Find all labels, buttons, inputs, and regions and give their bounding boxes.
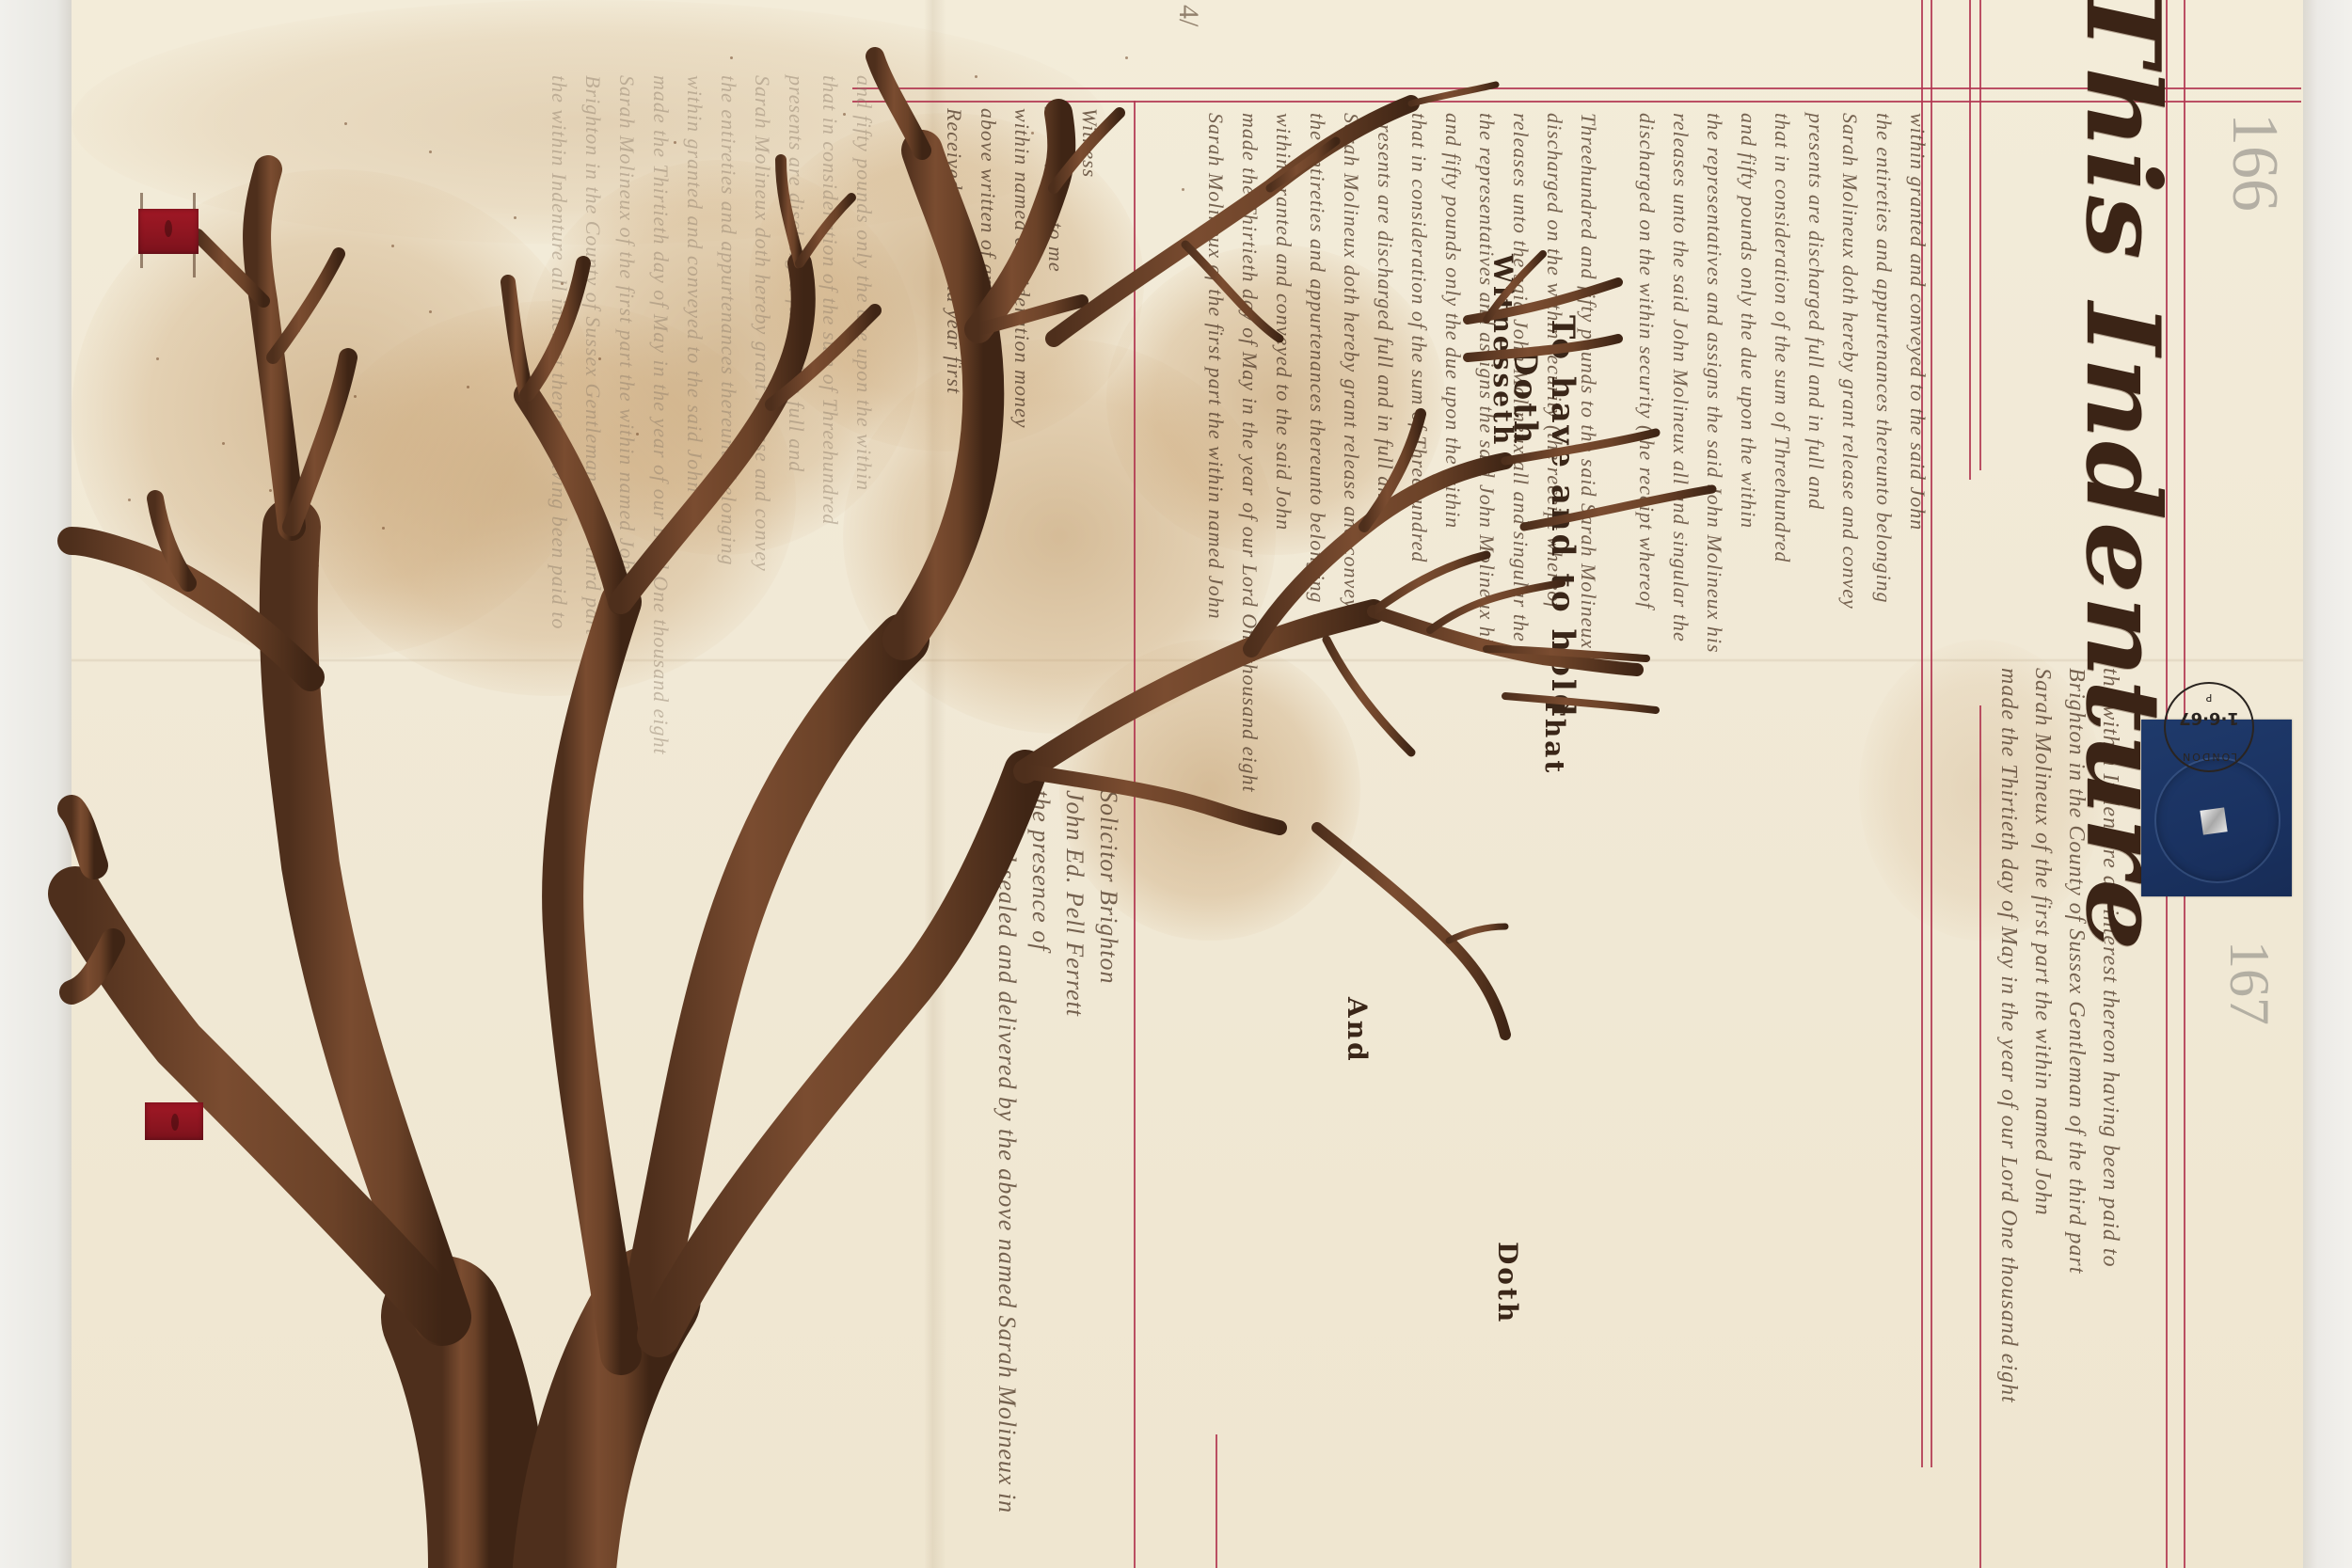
left-wall-margin <box>0 0 72 1568</box>
title-rule-line <box>1979 0 1981 470</box>
postmark-city: LONDON <box>2166 751 2252 763</box>
document-body-text-lower: Threehundred and fifty pounds to the sai… <box>1163 113 1605 1561</box>
gothic-word-that: That <box>1539 696 1570 775</box>
postmark-letter: P <box>2166 691 2252 704</box>
postmark-date: 1·6·67 <box>2166 708 2252 728</box>
indenture-paper: within granted and conveyed to the said … <box>72 0 2303 1568</box>
show-through-text: and fifty pounds only the due upon the w… <box>485 75 881 1543</box>
gothic-word-and: And <box>1342 997 1373 1064</box>
document-body-text: within granted and conveyed to the said … <box>1614 113 1934 1561</box>
pencil-note: 167 <box>2217 941 2281 1025</box>
signature-text: Solicitor Brighton John Ed. Pell Ferrett… <box>937 790 1125 1524</box>
postmark: P 1·6·67 LONDON <box>2164 682 2254 772</box>
margin-rule-line <box>1134 101 1136 1568</box>
foil-seal-icon <box>2200 807 2227 834</box>
receipt-text: Witness paid by him to me within named c… <box>899 108 1106 823</box>
red-fabric-tab-bottom <box>145 1102 203 1140</box>
right-wall-margin <box>2303 0 2352 1568</box>
gothic-word-to-have-and-to-hold: To have and to hold <box>1544 315 1581 720</box>
gothic-word-witnesseth: Witnesseth <box>1487 254 1518 447</box>
pencil-note: 166 <box>2217 113 2292 212</box>
gothic-word-doth-2: Doth <box>1492 1242 1523 1324</box>
title-rule-line <box>1969 0 1971 480</box>
pencil-note: 4/ <box>1172 5 1204 26</box>
red-fabric-tab-top <box>138 209 199 254</box>
